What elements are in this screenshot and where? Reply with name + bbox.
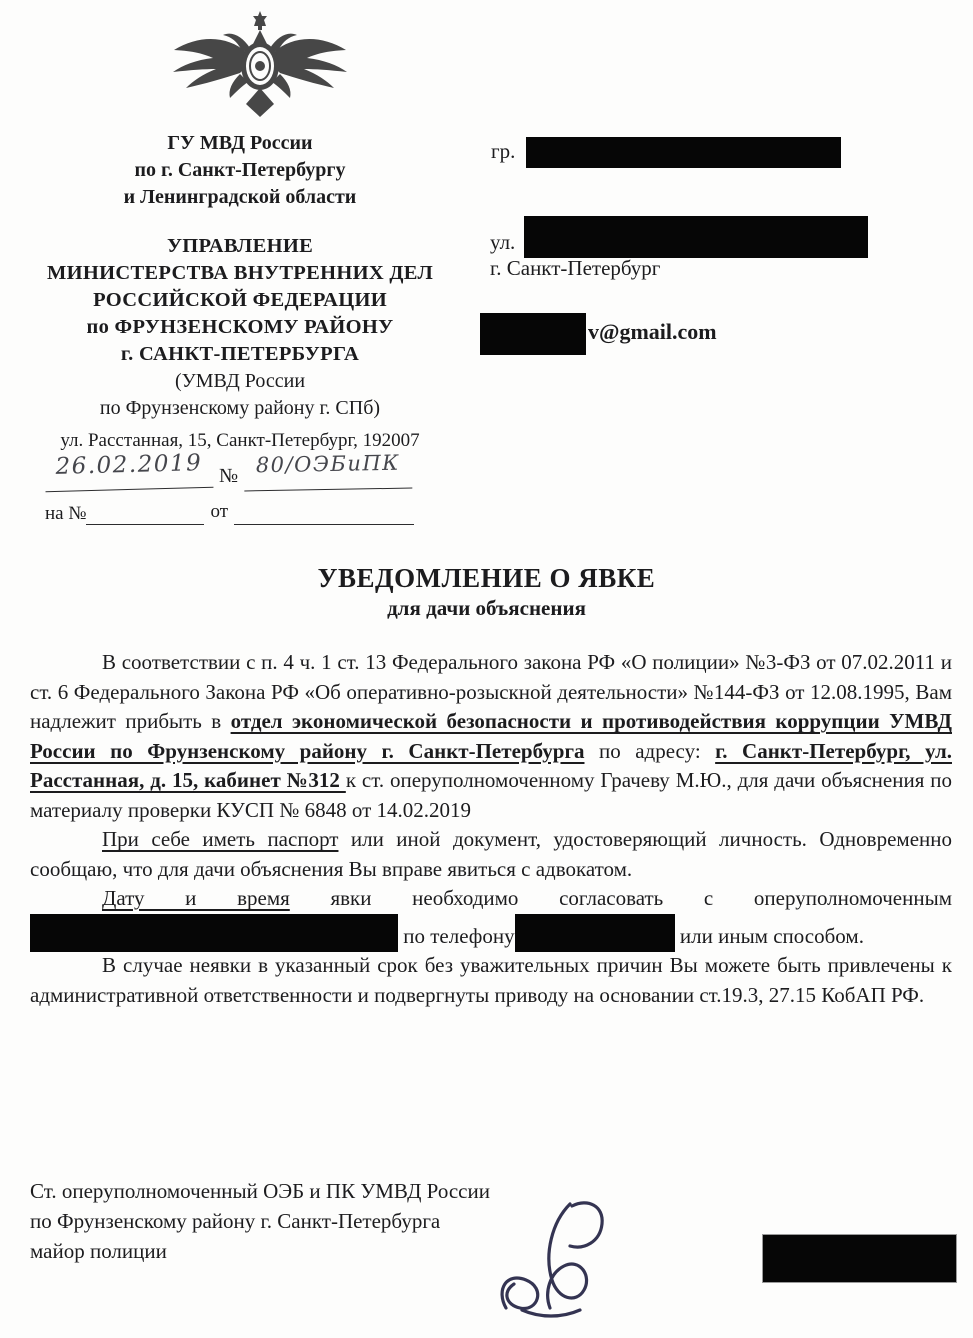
document-subtitle: для дачи объяснения: [0, 596, 973, 621]
org-line: по ФРУНЗЕНСКОМУ РАЙОНУ: [20, 314, 460, 341]
org-postal-address: ул. Расстанная, 15, Санкт-Петербург, 192…: [25, 430, 455, 452]
mvd-eagle-emblem-icon: [170, 8, 350, 120]
org-line: РОССИЙСКОЙ ФЕДЕРАЦИИ: [20, 287, 460, 314]
date-number-row: 26.02.2019№80/ОЭБиПК: [45, 452, 440, 490]
paragraph-legal-basis: В соответствии с п. 4 ч. 1 ст. 13 Федера…: [30, 648, 952, 825]
paragraph-passport: При себе иметь паспорт или иной документ…: [30, 825, 952, 884]
number-sign-label: №: [219, 465, 238, 490]
paragraph-schedule: Дату и время явки необходимо согласовать…: [30, 884, 952, 951]
org-line: ГУ МВД России: [20, 130, 460, 157]
org-line: МИНИСТЕРСТВА ВНУТРЕННИХ ДЕЛ: [20, 260, 460, 287]
signer-rank-line: майор полиции: [30, 1236, 490, 1266]
street-label: ул.: [490, 230, 515, 255]
org-line: (УМВД России: [20, 368, 460, 395]
org-parent-name: ГУ МВД России по г. Санкт-Петербургу и Л…: [20, 130, 460, 211]
addressee-email: v@gmail.com: [588, 319, 717, 344]
addressee-email-row: v@gmail.com: [480, 313, 717, 355]
redaction-bar-inline: [515, 914, 675, 952]
handwritten-date: 26.02.2019: [55, 450, 202, 480]
org-line: УПРАВЛЕНИЕ: [20, 233, 460, 260]
handwritten-signature: [492, 1196, 622, 1336]
org-line: г. САНКТ-ПЕТЕРБУРГА: [20, 341, 460, 368]
reference-number-field: [86, 500, 204, 525]
reference-date-field: [234, 500, 414, 525]
scanned-letter-page: ГУ МВД России по г. Санкт-Петербургу и Л…: [0, 0, 973, 1338]
redaction-bar-name: [526, 137, 841, 168]
outgoing-number-field: 80/ОЭБиПК: [244, 451, 413, 492]
na-no-label: на №: [45, 503, 86, 524]
org-line: по г. Санкт-Петербургу: [20, 157, 460, 184]
signer-position-line: по Фрунзенскому району г. Санкт-Петербур…: [30, 1206, 490, 1236]
org-main-name: УПРАВЛЕНИЕ МИНИСТЕРСТВА ВНУТРЕННИХ ДЕЛ Р…: [20, 233, 460, 368]
citizen-label: гр.: [491, 139, 515, 164]
org-line: и Ленинградской области: [20, 184, 460, 211]
addressee-city: г. Санкт-Петербург: [490, 256, 660, 281]
redaction-bar-inline: [30, 914, 398, 952]
ot-label: от: [210, 501, 228, 525]
redaction-bar-street: [524, 216, 868, 258]
redaction-bar-signer-name: [762, 1234, 957, 1283]
paragraph-consequences: В случае неявки в указанный срок без ува…: [30, 951, 952, 1010]
letter-body: В соответствии с п. 4 ч. 1 ст. 13 Федера…: [30, 648, 952, 1010]
signer-position-line: Ст. оперуполномоченный ОЭБ и ПК УМВД Рос…: [30, 1176, 490, 1206]
signature-block: Ст. оперуполномоченный ОЭБ и ПК УМВД Рос…: [30, 1176, 490, 1266]
handwritten-number: 80/ОЭБиПК: [256, 451, 401, 478]
org-short-name: (УМВД России по Фрунзенскому району г. С…: [20, 368, 460, 422]
outgoing-date-field: 26.02.2019: [45, 450, 214, 492]
org-line: по Фрунзенскому району г. СПб): [20, 395, 460, 422]
document-title: УВЕДОМЛЕНИЕ О ЯВКЕ: [0, 563, 973, 594]
redaction-bar-email: [480, 313, 586, 355]
reference-number-row: на №от: [45, 500, 445, 525]
document-title-block: УВЕДОМЛЕНИЕ О ЯВКЕ для дачи объяснения: [0, 563, 973, 621]
